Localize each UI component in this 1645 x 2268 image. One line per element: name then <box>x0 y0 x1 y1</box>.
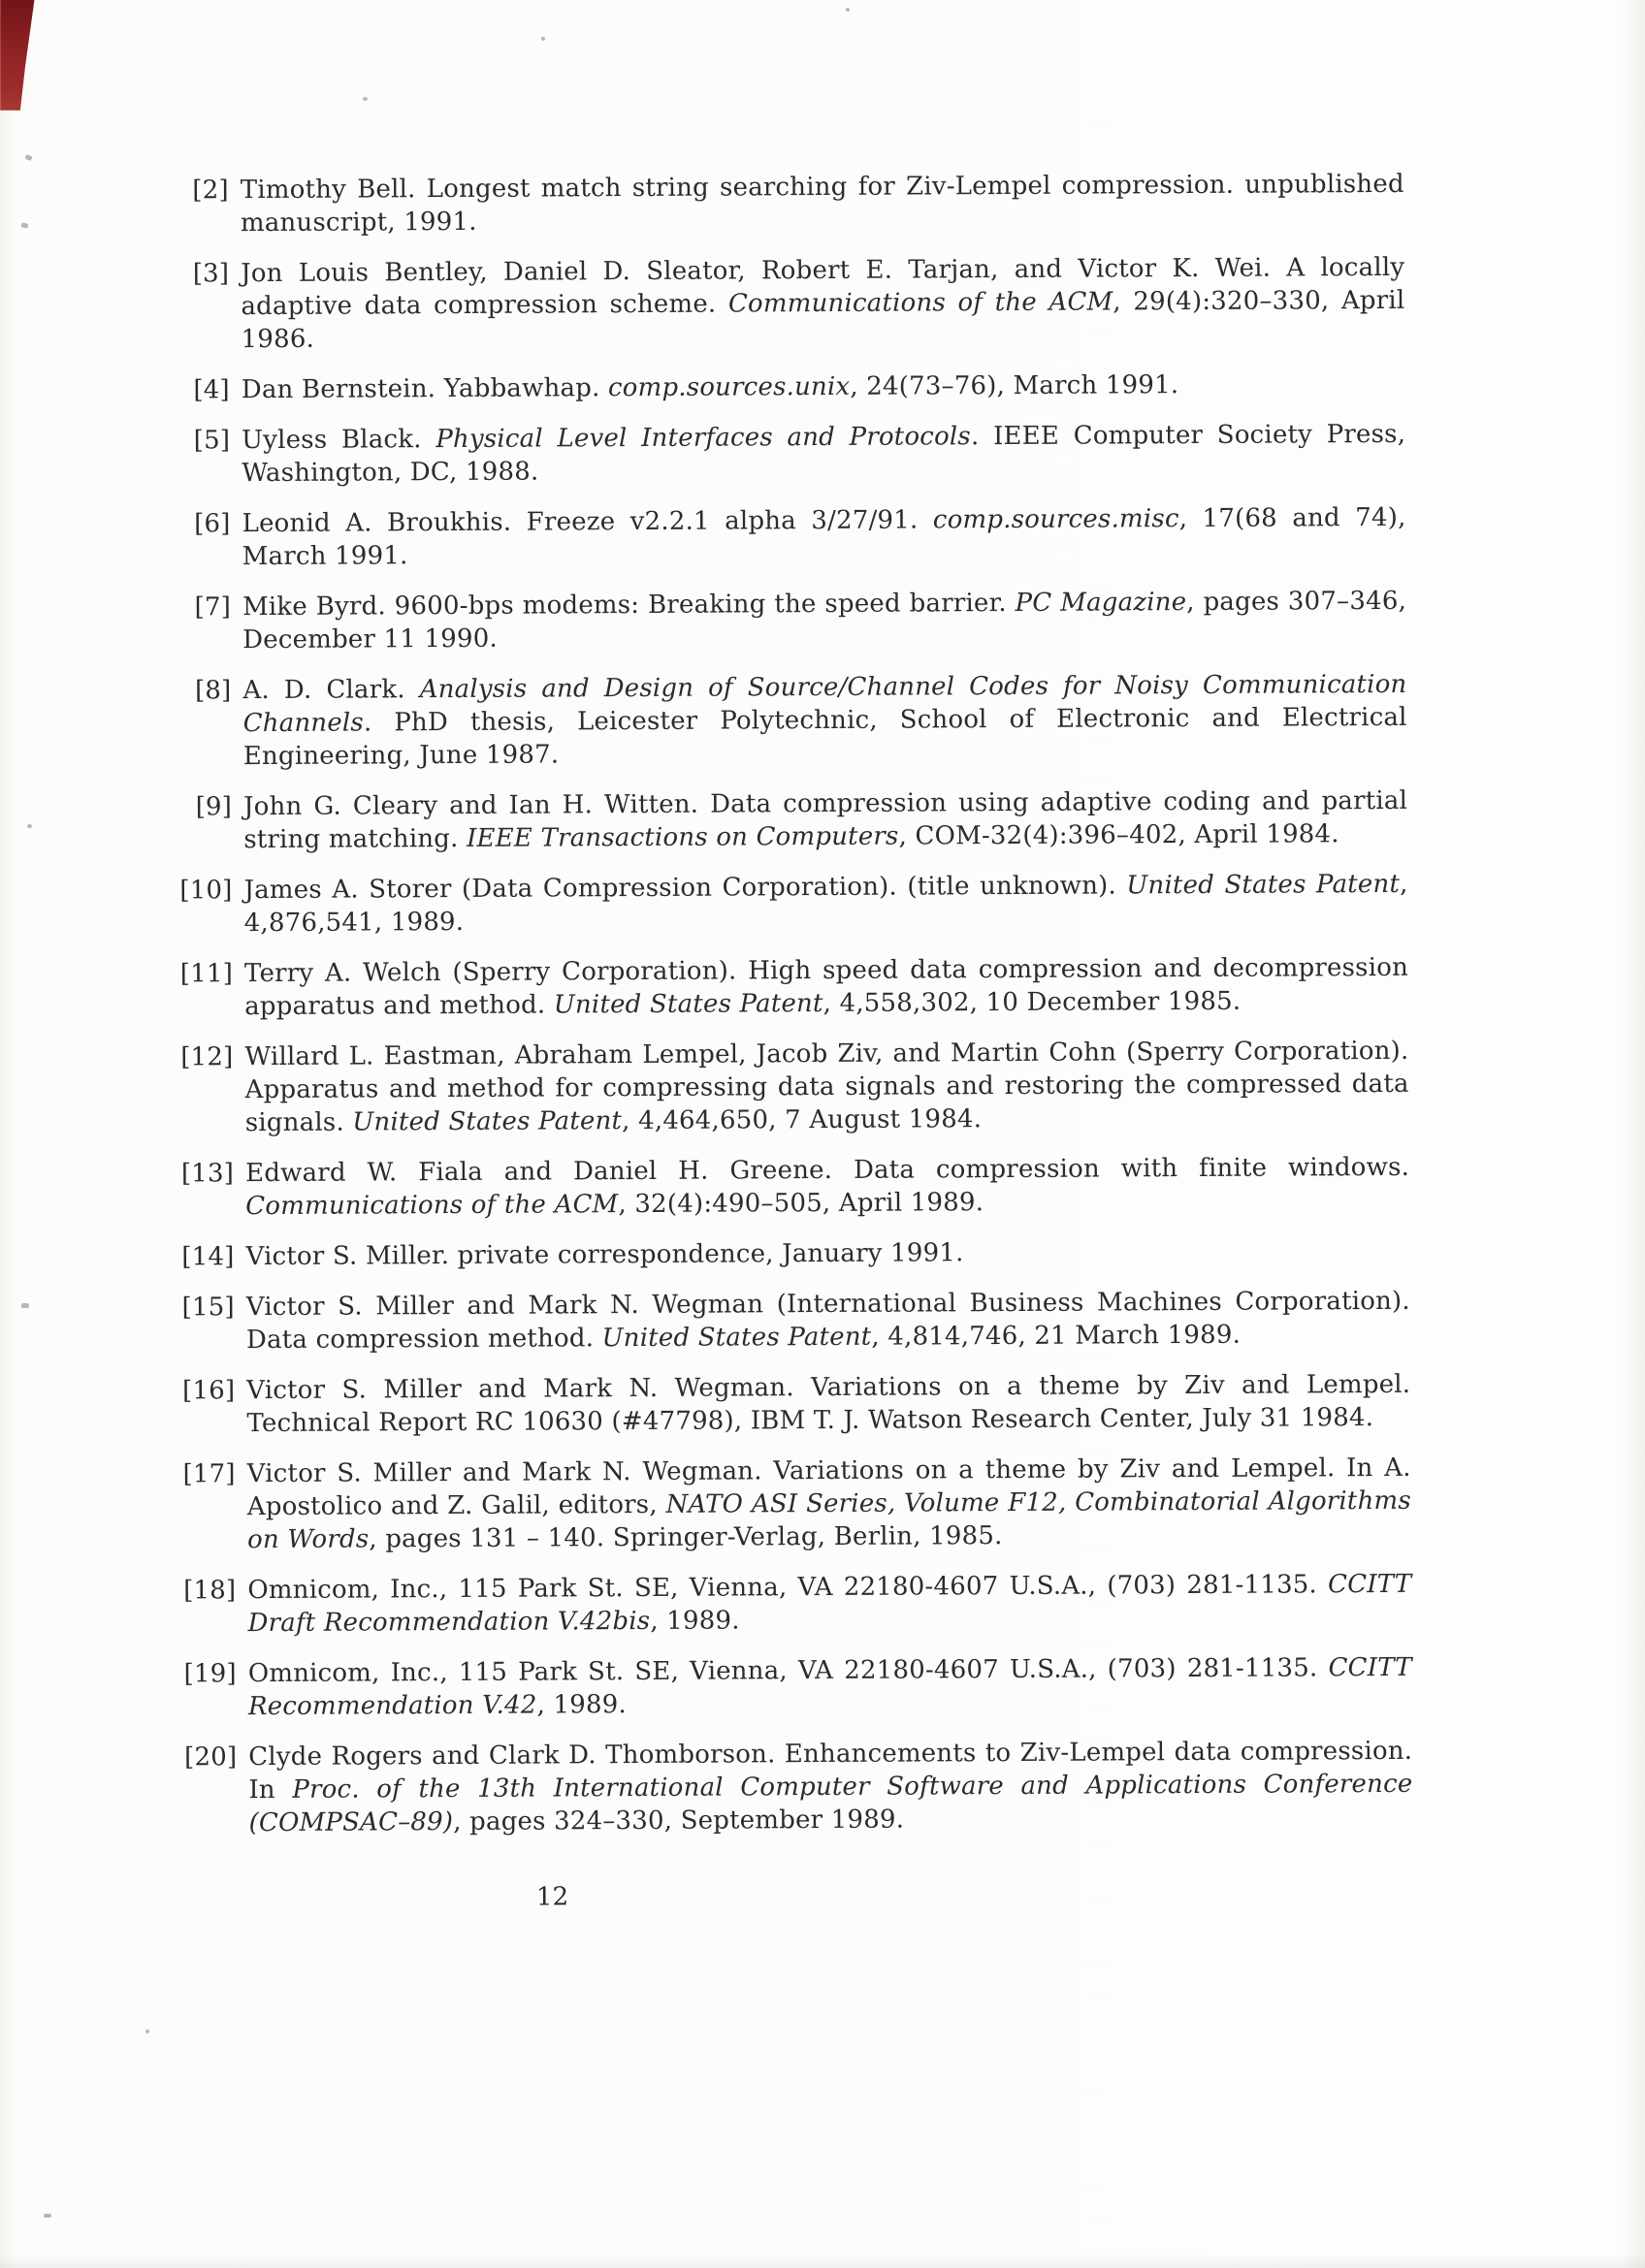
reference-segment: Edward W. Fiala and Daniel H. Greene. Da… <box>245 1153 1409 1188</box>
reference-item: [9] John G. Cleary and Ian H. Witten. Da… <box>164 784 1407 857</box>
reference-label: [15] <box>167 1291 235 1324</box>
reference-segment: Leonid A. Broukhis. Freeze v2.2.1 alpha … <box>242 505 933 538</box>
reference-item: [4] Dan Bernstein. Yabbawhap. comp.sourc… <box>162 367 1405 407</box>
reference-segment-italic: PC Magazine <box>1016 588 1187 618</box>
reference-item: [7] Mike Byrd. 9600-bps modems: Breaking… <box>163 585 1406 657</box>
reference-label: [11] <box>165 957 233 990</box>
reference-segment-italic: IEEE Transactions on Computers <box>467 822 899 853</box>
reference-segment: , 1989. <box>650 1606 740 1635</box>
reference-label: [18] <box>168 1574 236 1607</box>
reference-item: [11] Terry A. Welch (Sperry Corporation)… <box>165 951 1408 1024</box>
reference-label: [20] <box>169 1741 237 1773</box>
reference-label: [13] <box>166 1157 234 1190</box>
reference-segment: , pages 131 – 140. Springer-Verlag, Berl… <box>369 1521 1002 1553</box>
reference-item: [18] Omnicom, Inc., 115 Park St. SE, Vie… <box>168 1568 1411 1641</box>
reference-text: Victor S. Miller. private correspondence… <box>245 1238 963 1271</box>
reference-text: Willard L. Eastman, Abraham Lempel, Jaco… <box>244 1037 1408 1137</box>
reference-segment: . PhD thesis, Leicester Polytechnic, Sch… <box>243 703 1407 771</box>
reference-text: Mike Byrd. 9600-bps modems: Breaking the… <box>242 587 1406 655</box>
reference-item: [3] Jon Louis Bentley, Daniel D. Sleator… <box>161 251 1405 357</box>
reference-label: [17] <box>168 1457 236 1490</box>
reference-segment: Uyless Black. <box>242 425 435 455</box>
reference-segment: , 4,814,746, 21 March 1989. <box>871 1321 1241 1352</box>
reference-text: Terry A. Welch (Sperry Corporation). Hig… <box>244 953 1408 1021</box>
reference-segment-italic: United States Patent <box>602 1323 872 1353</box>
reference-label: [5] <box>162 424 230 457</box>
reference-segment-italic: comp.sources.unix <box>608 372 851 402</box>
reference-item: [14] Victor S. Miller. private correspon… <box>166 1234 1409 1274</box>
page-content: [2] Timothy Bell. Longest match string s… <box>0 0 1645 2268</box>
reference-segment: , 4,558,302, 10 December 1985. <box>823 987 1242 1018</box>
reference-label: [14] <box>166 1240 234 1273</box>
reference-item: [20] Clyde Rogers and Clark D. Thomborso… <box>169 1735 1413 1840</box>
reference-item: [16] Victor S. Miller and Mark N. Wegman… <box>167 1368 1410 1441</box>
reference-segment: James A. Storer (Data Compression Corpor… <box>243 871 1126 905</box>
reference-item: [2] Timothy Bell. Longest match string s… <box>161 168 1404 240</box>
reference-text: Timothy Bell. Longest match string searc… <box>241 170 1404 238</box>
reference-list: [2] Timothy Bell. Longest match string s… <box>161 168 1413 1858</box>
reference-text: Jon Louis Bentley, Daniel D. Sleator, Ro… <box>241 253 1404 354</box>
reference-item: [12] Willard L. Eastman, Abraham Lempel,… <box>165 1035 1409 1140</box>
reference-segment-italic: United States Patent <box>554 989 823 1019</box>
scanned-page: [2] Timothy Bell. Longest match string s… <box>0 0 1645 2268</box>
page-number: 12 <box>536 1880 568 1913</box>
reference-text: Clyde Rogers and Clark D. Thomborson. En… <box>248 1737 1412 1837</box>
reference-segment: Omnicom, Inc., 115 Park St. SE, Vienna, … <box>247 1570 1328 1605</box>
reference-item: [13] Edward W. Fiala and Daniel H. Green… <box>166 1151 1409 1224</box>
reference-segment-italic: comp.sources.misc <box>933 504 1179 534</box>
reference-label: [7] <box>163 591 231 623</box>
reference-label: [10] <box>164 874 232 907</box>
reference-text: Omnicom, Inc., 115 Park St. SE, Vienna, … <box>248 1653 1412 1721</box>
reference-segment-italic: Physical Level Interfaces and Protocols <box>435 422 971 454</box>
reference-text: Uyless Black. Physical Level Interfaces … <box>242 420 1405 488</box>
reference-item: [6] Leonid A. Broukhis. Freeze v2.2.1 al… <box>162 501 1405 574</box>
reference-item: [17] Victor S. Miller and Mark N. Wegman… <box>168 1452 1412 1557</box>
reference-item: [8] A. D. Clark. Analysis and Design of … <box>163 668 1407 774</box>
reference-label: [6] <box>162 507 230 540</box>
reference-text: Victor S. Miller and Mark N. Wegman. Var… <box>246 1370 1410 1438</box>
reference-segment: Victor S. Miller and Mark N. Wegman. Var… <box>246 1370 1410 1438</box>
reference-text: John G. Cleary and Ian H. Witten. Data c… <box>243 786 1407 854</box>
reference-segment: , 24(73–76), March 1991. <box>850 370 1178 401</box>
reference-segment: , pages 324–330, September 1989. <box>453 1805 904 1837</box>
reference-text: Leonid A. Broukhis. Freeze v2.2.1 alpha … <box>242 503 1406 571</box>
reference-label: [16] <box>167 1374 235 1407</box>
reference-segment: Dan Bernstein. Yabbawhap. <box>242 373 608 404</box>
reference-label: [4] <box>162 373 230 406</box>
reference-segment-italic: Communications of the ACM <box>245 1190 618 1221</box>
reference-segment: , 32(4):490–505, April 1989. <box>618 1188 984 1219</box>
reference-item: [19] Omnicom, Inc., 115 Park St. SE, Vie… <box>169 1651 1412 1724</box>
reference-label: [3] <box>161 257 229 290</box>
reference-text: Victor S. Miller and Mark N. Wegman. Var… <box>247 1453 1411 1554</box>
reference-segment: Timothy Bell. Longest match string searc… <box>241 170 1404 238</box>
reference-label: [19] <box>169 1657 237 1690</box>
reference-text: A. D. Clark. Analysis and Design of Sour… <box>242 670 1406 771</box>
reference-item: [5] Uyless Black. Physical Level Interfa… <box>162 418 1405 491</box>
reference-text: Edward W. Fiala and Daniel H. Greene. Da… <box>245 1153 1409 1221</box>
reference-segment: A. D. Clark. <box>242 675 419 705</box>
reference-text: James A. Storer (Data Compression Corpor… <box>243 870 1407 938</box>
reference-segment: , 4,464,650, 7 August 1984. <box>622 1104 982 1135</box>
reference-label: [12] <box>165 1040 233 1073</box>
reference-text: Dan Bernstein. Yabbawhap. comp.sources.u… <box>242 370 1179 404</box>
reference-label: [8] <box>163 674 231 707</box>
reference-segment: , 1989. <box>536 1690 627 1719</box>
reference-segment-italic: United States Patent <box>1126 870 1400 900</box>
reference-label: [2] <box>161 174 229 207</box>
reference-label: [9] <box>164 790 232 823</box>
reference-segment-italic: United States Patent <box>352 1106 622 1136</box>
reference-text: Victor S. Miller and Mark N. Wegman (Int… <box>246 1287 1410 1355</box>
reference-text: Omnicom, Inc., 115 Park St. SE, Vienna, … <box>247 1570 1411 1638</box>
reference-item: [10] James A. Storer (Data Compression C… <box>164 868 1407 941</box>
reference-segment-italic: Communications of the ACM <box>728 287 1113 318</box>
reference-segment: Mike Byrd. 9600-bps modems: Breaking the… <box>242 589 1016 622</box>
reference-segment: , COM-32(4):396–402, April 1984. <box>898 819 1339 850</box>
reference-segment: Omnicom, Inc., 115 Park St. SE, Vienna, … <box>248 1653 1329 1688</box>
reference-segment: Victor S. Miller. private correspondence… <box>245 1238 963 1271</box>
reference-item: [15] Victor S. Miller and Mark N. Wegman… <box>167 1285 1410 1358</box>
